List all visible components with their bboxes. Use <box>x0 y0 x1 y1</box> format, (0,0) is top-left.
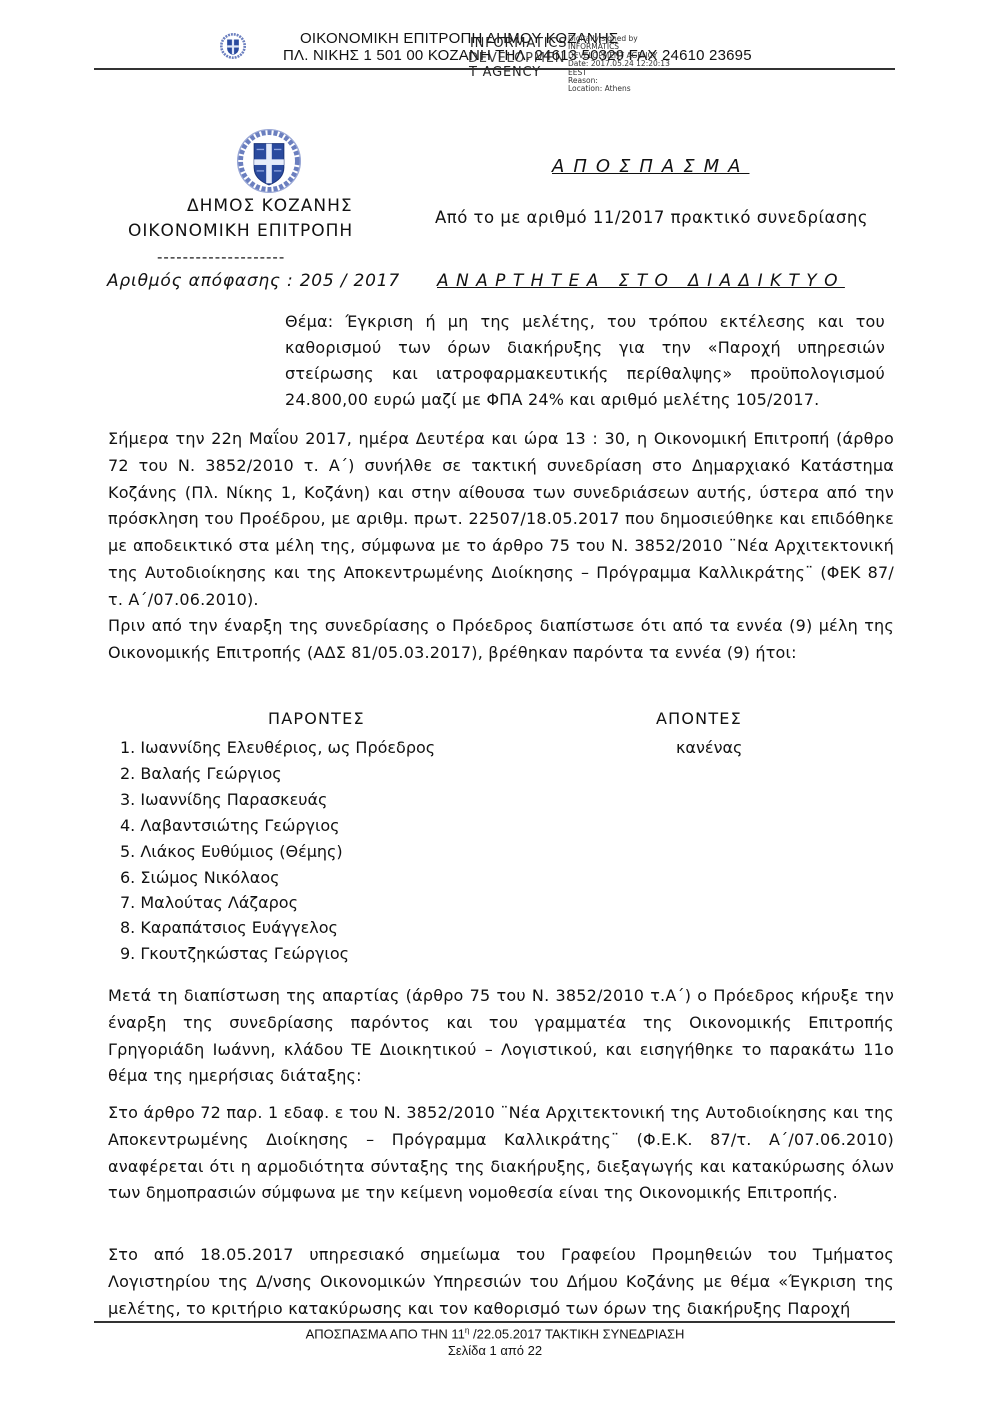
list-item: 6. Σιώμος Νικόλαος <box>120 868 280 887</box>
letterhead-dashes: -------------------- <box>157 248 285 266</box>
signature-signer-line: INFORMATICS <box>470 37 567 51</box>
absent-header: ΑΠΟΝΤΕΣ <box>656 709 742 728</box>
minutes-reference: Από το με αριθμό 11/2017 πρακτικό συνεδρ… <box>435 208 868 227</box>
list-item: 5. Λιάκος Ευθύμιος (Θέμης) <box>120 842 343 861</box>
list-item: 7. Μαλούτας Λάζαρος <box>120 893 298 912</box>
absent-value: κανένας <box>676 738 742 757</box>
memo-paragraph: Στο από 18.05.2017 υπηρεσιακό σημείωμα τ… <box>108 1242 894 1322</box>
digital-signature-details: Digitally signed by INFORMATICS DEVELOPM… <box>568 35 670 94</box>
list-item: 8. Καραπάτσιος Ευάγγελος <box>120 918 338 937</box>
greek-coat-of-arms-icon <box>220 33 246 59</box>
committee-name: ΟΙΚΟΝΟΜΙΚΗ ΕΠΙΤΡΟΠΗ <box>128 221 353 241</box>
signature-signer-line: DEVELOPMEN <box>468 52 565 66</box>
municipality-name: ΔΗΜΟΣ ΚΟΖΑΝΗΣ <box>187 196 353 216</box>
quorum-paragraph: Πριν από την έναρξη της συνεδρίασης ο Πρ… <box>108 613 894 667</box>
posted-online-notice: ΑΝΑΡΤΗΤΕΑ ΣΤΟ ΔΙΑΔΙΚΤΥΟ <box>437 271 845 291</box>
greek-coat-of-arms-icon <box>236 128 302 194</box>
list-item: 1. Ιωαννίδης Ελευθέριος, ως Πρόεδρος <box>120 738 435 757</box>
article72-paragraph: Στο άρθρο 72 παρ. 1 εδαφ. ε του Ν. 3852/… <box>108 1100 894 1207</box>
list-item: 2. Βαλαής Γεώργιος <box>120 764 282 783</box>
extract-title: ΑΠΟΣΠΑΣΜΑ <box>552 156 749 177</box>
list-item: 4. Λαβαντσιώτης Γεώργιος <box>120 816 340 835</box>
opening-paragraph: Σήμερα την 22η Μαΐου 2017, ημέρα Δευτέρα… <box>108 426 894 614</box>
page-number: Σελίδα 1 από 22 <box>0 1343 990 1358</box>
present-header: ΠΑΡΟΝΤΕΣ <box>268 709 365 728</box>
list-item: 9. Γκουτζηκώστας Γεώργιος <box>120 944 349 963</box>
list-item: 3. Ιωαννίδης Παρασκευάς <box>120 790 327 809</box>
decision-number: Αριθμός απόφασης : 205 / 2017 <box>107 271 400 291</box>
subject-paragraph: Θέμα: Έγκριση ή μη της μελέτης, του τρόπ… <box>285 309 885 413</box>
footer-divider <box>94 1321 895 1323</box>
after-quorum-paragraph: Μετά τη διαπίστωση της απαρτίας (άρθρο 7… <box>108 983 894 1090</box>
footer-session: ΑΠΟΣΠΑΣΜΑ ΑΠΟ ΤΗΝ 11η /22.05.2017 ΤΑΚΤΙΚ… <box>0 1326 990 1341</box>
header-divider <box>94 68 895 70</box>
